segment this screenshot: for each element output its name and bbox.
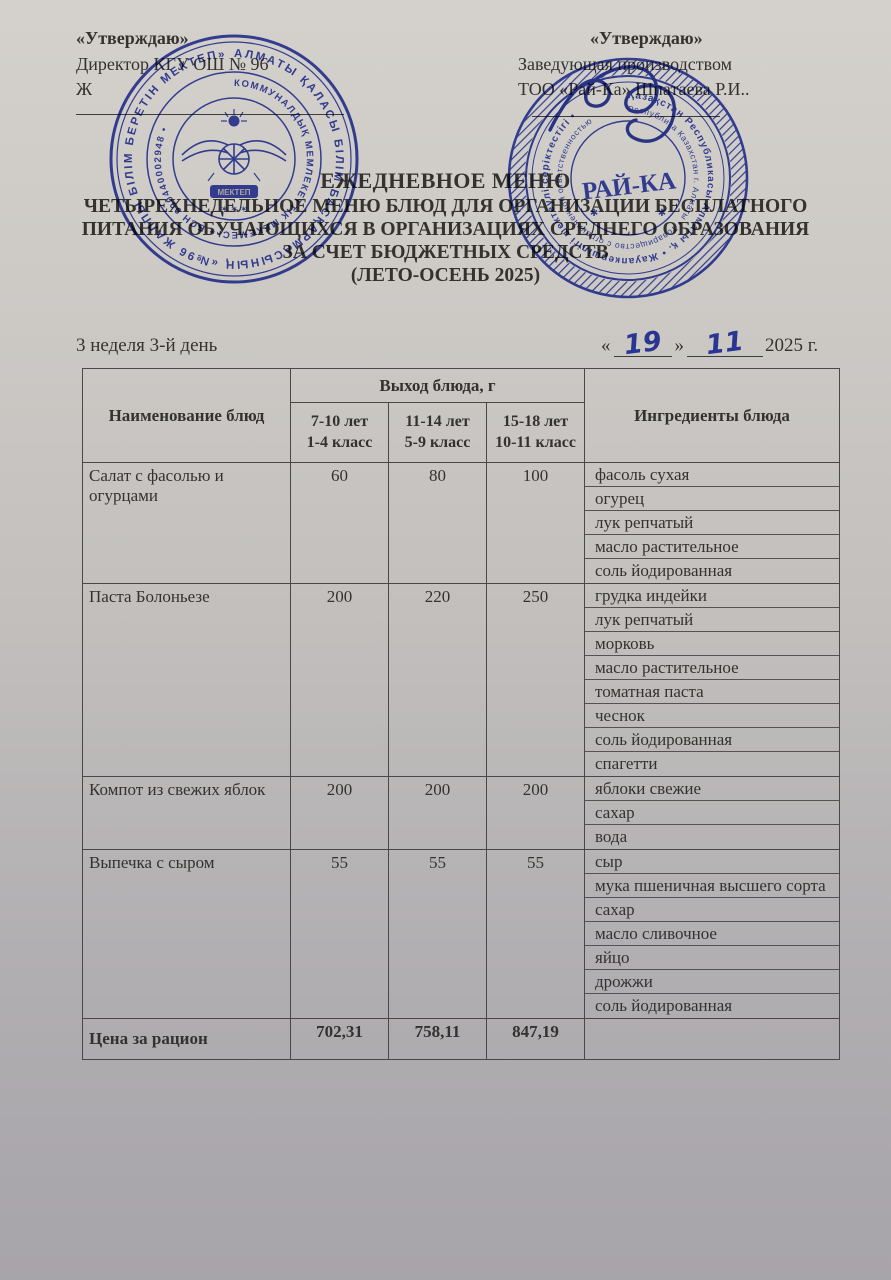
price-value-cell: 702,31	[291, 1019, 389, 1059]
portion-value-cell: 55	[487, 850, 585, 1018]
ingredient-item: огурец	[585, 487, 839, 511]
table-header: Наименование блюд Выход блюда, г 7-10 ле…	[83, 369, 839, 463]
table-row: Выпечка с сыром555555сырмука пшеничная в…	[83, 850, 839, 1019]
document-page: «Утверждаю» Директор КГУ ОШ № 96 Ж «Утве…	[0, 0, 891, 1280]
ingredients-cell: фасоль сухаяогурецлук репчатыймасло раст…	[585, 463, 839, 583]
ingredient-item: яблоки свежие	[585, 777, 839, 801]
table-row: Паста Болоньезе200220250грудка индейкилу…	[83, 584, 839, 777]
portion-value-cell: 220	[389, 584, 487, 776]
ingredient-item: соль йодированная	[585, 994, 839, 1018]
ingredients-cell: яблоки свежиесахарвода	[585, 777, 839, 849]
ingredient-item: сахар	[585, 801, 839, 825]
portion-value-cell: 200	[291, 584, 389, 776]
day-slot: 19	[614, 326, 672, 357]
ingredient-item: фасоль сухая	[585, 463, 839, 487]
portion-value-cell: 55	[291, 850, 389, 1018]
handwritten-month: 11	[704, 326, 745, 361]
menu-table-body: Салат с фасолью и огурцами6080100фасоль …	[83, 463, 839, 1059]
age-range-2: 11-14 лет	[405, 412, 469, 433]
handwritten-day: 19	[622, 326, 663, 361]
close-quote: »	[672, 335, 688, 357]
ingredient-item: морковь	[585, 632, 839, 656]
grade-range-3: 10-11 класс	[495, 433, 576, 454]
ingredient-item: грудка индейки	[585, 584, 839, 608]
open-quote: «	[598, 335, 614, 357]
ingredient-item: сыр	[585, 850, 839, 874]
ingredient-item: чеснок	[585, 704, 839, 728]
ingredients-cell: грудка индейкилук репчатыйморковьмасло р…	[585, 584, 839, 776]
company-stamp: Қазақстан Республикасы Алматы қ. • Жауап…	[506, 56, 750, 300]
ingredient-item: сахар	[585, 898, 839, 922]
emblem-banner-text: МЕКТЕП	[217, 188, 250, 197]
header-age-columns: 7-10 лет 1-4 класс 11-14 лет 5-9 класс 1…	[291, 403, 584, 462]
stamp-asterisk-left: ✱	[590, 208, 598, 219]
ingredient-item: соль йодированная	[585, 559, 839, 583]
header-output-label: Выход блюда, г	[291, 369, 584, 403]
age-range-3: 15-18 лет	[503, 412, 568, 433]
ingredient-item: мука пшеничная высшего сорта	[585, 874, 839, 898]
ingredient-item: спагетти	[585, 752, 839, 776]
ingredient-item: лук репчатый	[585, 608, 839, 632]
ingredients-cell: сырмука пшеничная высшего сортасахармасл…	[585, 850, 839, 1018]
grade-range-2: 5-9 класс	[405, 433, 471, 454]
ingredient-item: масло растительное	[585, 656, 839, 680]
emblem-stars: ✶ ✶ ✶	[220, 204, 247, 214]
year-label: 2025 г.	[765, 335, 818, 357]
price-value-cell: 758,11	[389, 1019, 487, 1059]
header-age-col-2: 11-14 лет 5-9 класс	[388, 403, 486, 462]
grade-range-1: 1-4 класс	[307, 433, 373, 454]
price-row: Цена за рацион702,31758,11847,19	[83, 1019, 839, 1059]
ingredient-item: масло растительное	[585, 535, 839, 559]
header-name-col: Наименование блюд	[83, 369, 291, 462]
price-value-cell: 847,19	[487, 1019, 585, 1059]
header-ingredients-col: Ингредиенты блюда	[585, 369, 839, 462]
dish-name-cell: Выпечка с сыром	[83, 850, 291, 1018]
ingredient-item: томатная паста	[585, 680, 839, 704]
menu-table: Наименование блюд Выход блюда, г 7-10 ле…	[82, 368, 840, 1060]
week-day-label: 3 неделя 3-й день	[76, 335, 217, 357]
dish-name-cell: Паста Болоньезе	[83, 584, 291, 776]
dish-name-cell: Компот из свежих яблок	[83, 777, 291, 849]
age-range-1: 7-10 лет	[311, 412, 368, 433]
approve-label-right: «Утверждаю»	[590, 26, 868, 52]
ingredient-item: соль йодированная	[585, 728, 839, 752]
date-field: « 19 » 11 2025 г.	[598, 326, 818, 357]
portion-value-cell: 100	[487, 463, 585, 583]
ingredient-item: вода	[585, 825, 839, 849]
ingredient-item: лук репчатый	[585, 511, 839, 535]
ingredient-item: масло сливочное	[585, 922, 839, 946]
school-stamp: АЛМАТЫ ҚАЛАСЫ БІЛІМ БАСҚАРМАСЫНЫҢ «№96 Ж…	[106, 31, 362, 287]
company-stamp-center-text: РАЙ-КА	[581, 166, 678, 205]
table-row: Салат с фасолью и огурцами6080100фасоль …	[83, 463, 839, 584]
dish-name-cell: Салат с фасолью и огурцами	[83, 463, 291, 583]
portion-value-cell: 60	[291, 463, 389, 583]
portion-value-cell: 250	[487, 584, 585, 776]
portion-value-cell: 200	[389, 777, 487, 849]
price-label-cell: Цена за рацион	[83, 1019, 291, 1059]
month-slot: 11	[687, 326, 763, 357]
portion-value-cell: 80	[389, 463, 487, 583]
header-age-col-3: 15-18 лет 10-11 класс	[486, 403, 584, 462]
ingredient-item: яйцо	[585, 946, 839, 970]
ingredient-item: дрожжи	[585, 970, 839, 994]
price-ingredients-empty	[585, 1019, 839, 1059]
stamp-asterisk-right: ✱	[658, 208, 666, 219]
portion-value-cell: 200	[291, 777, 389, 849]
header-output-group: Выход блюда, г 7-10 лет 1-4 класс 11-14 …	[291, 369, 585, 462]
table-row: Компот из свежих яблок200200200яблоки св…	[83, 777, 839, 850]
kazakhstan-emblem: МЕКТЕП ✶ ✶ ✶	[182, 109, 286, 214]
header-age-col-1: 7-10 лет 1-4 класс	[291, 403, 388, 462]
portion-value-cell: 200	[487, 777, 585, 849]
portion-value-cell: 55	[389, 850, 487, 1018]
